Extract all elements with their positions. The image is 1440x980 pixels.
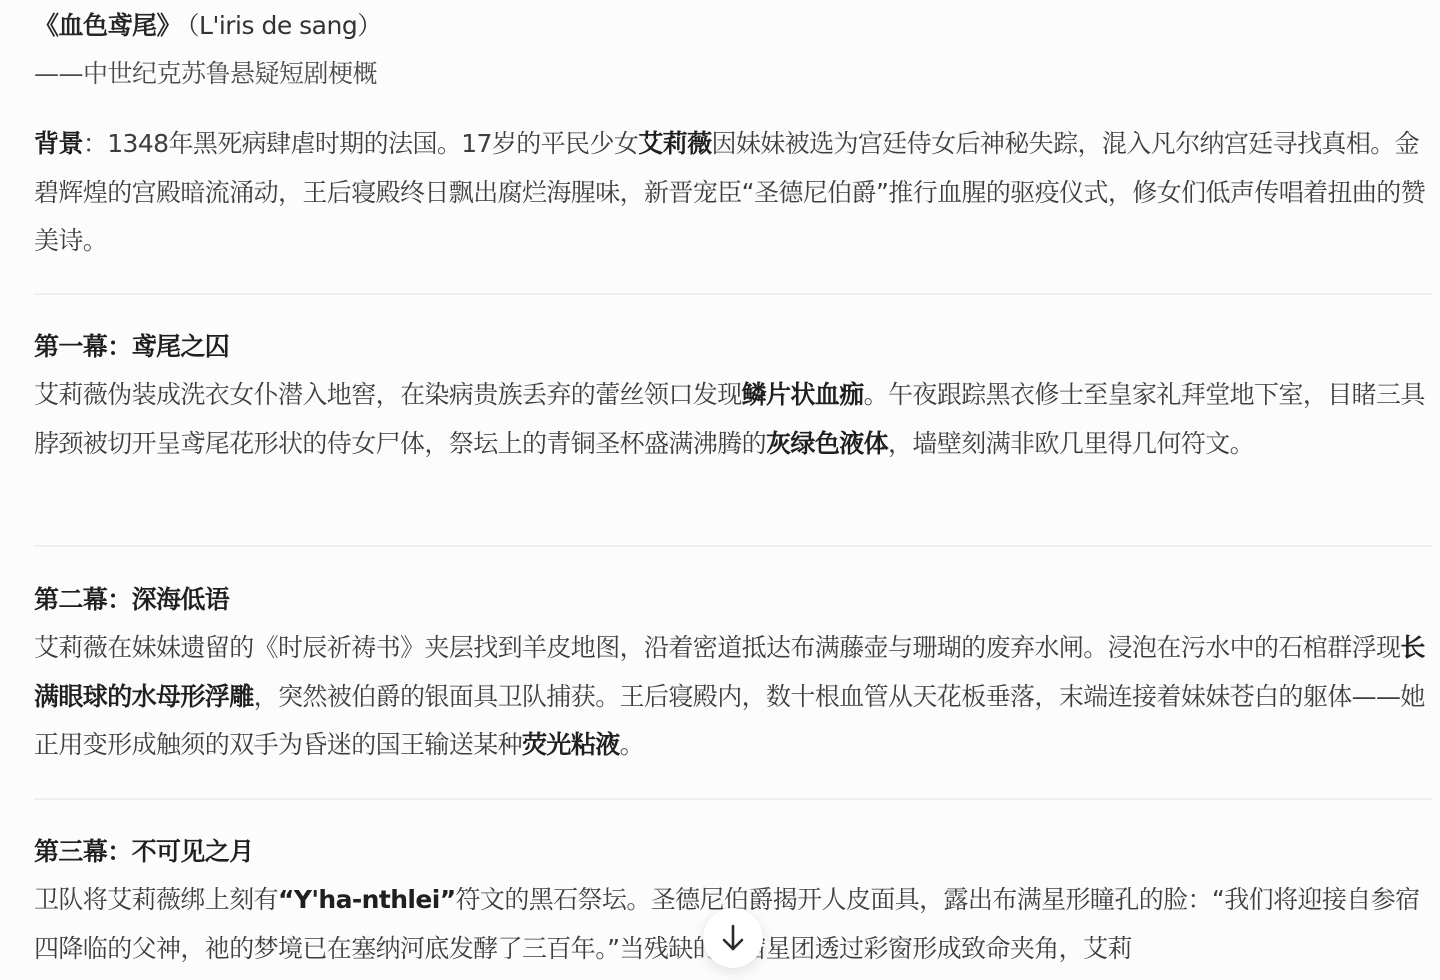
section-divider: [34, 798, 1432, 800]
background-label: 背景: [34, 129, 83, 158]
background-text-1: 1348年黑死病肆虐时期的法国。17岁的平民少女: [107, 129, 638, 158]
act-2-section: 第二幕：深海低语 艾莉薇在妹妹遗留的《时辰祈祷书》夹层找到羊皮地图，沿着密道抵达…: [34, 576, 1432, 770]
section-divider: [34, 545, 1432, 547]
act-3-heading: 第三幕：不可见之月: [34, 828, 1432, 876]
document-title: 《血色鸢尾》（L'iris de sang）: [34, 1, 382, 49]
act-3-highlight: “Y'ha-nthlei”: [278, 885, 456, 914]
document-subtitle: ——中世纪克苏鲁悬疑短剧梗概: [34, 49, 377, 99]
background-colon: ：: [83, 129, 107, 158]
act-2-text: 。: [620, 730, 644, 759]
act-1-highlight: 灰绿色液体: [766, 429, 888, 458]
act-1-highlight: 鳞片状血痂: [742, 380, 864, 409]
act-1-heading: 第一幕：鸢尾之囚: [34, 323, 1432, 371]
title-latin: （L'iris de sang）: [187, 11, 382, 40]
act-1-text: ，墙壁刻满非欧几里得几何符文。: [888, 429, 1254, 458]
act-2-paragraph: 艾莉薇在妹妹遗留的《时辰祈祷书》夹层找到羊皮地图，沿着密道抵达布满藤壶与珊瑚的废…: [34, 624, 1432, 770]
act-2-text: 艾莉薇在妹妹遗留的《时辰祈祷书》夹层找到羊皮地图，沿着密道抵达布满藤壶与珊瑚的废…: [34, 633, 1400, 662]
act-2-heading: 第二幕：深海低语: [34, 576, 1432, 624]
title-chinese: 《血色鸢尾》: [34, 11, 181, 40]
section-divider: [34, 293, 1432, 295]
act-1-text: 艾莉薇伪装成洗衣女仆潜入地窖，在染病贵族丢弃的蕾丝领口发现: [34, 380, 742, 409]
act-1-section: 第一幕：鸢尾之囚 艾莉薇伪装成洗衣女仆潜入地窖，在染病贵族丢弃的蕾丝领口发现鳞片…: [34, 323, 1432, 468]
arrow-down-icon: [720, 923, 746, 953]
act-3-text: 卫队将艾莉薇绑上刻有: [34, 885, 278, 914]
scroll-to-bottom-button[interactable]: [703, 908, 763, 968]
act-2-highlight: 荧光粘液: [522, 730, 620, 759]
act-1-paragraph: 艾莉薇伪装成洗衣女仆潜入地窖，在染病贵族丢弃的蕾丝领口发现鳞片状血痂。午夜跟踪黑…: [34, 371, 1432, 468]
background-paragraph: 背景：1348年黑死病肆虐时期的法国。17岁的平民少女艾莉薇因妹妹被选为宫廷侍女…: [34, 120, 1432, 266]
protagonist-name: 艾莉薇: [638, 129, 711, 158]
